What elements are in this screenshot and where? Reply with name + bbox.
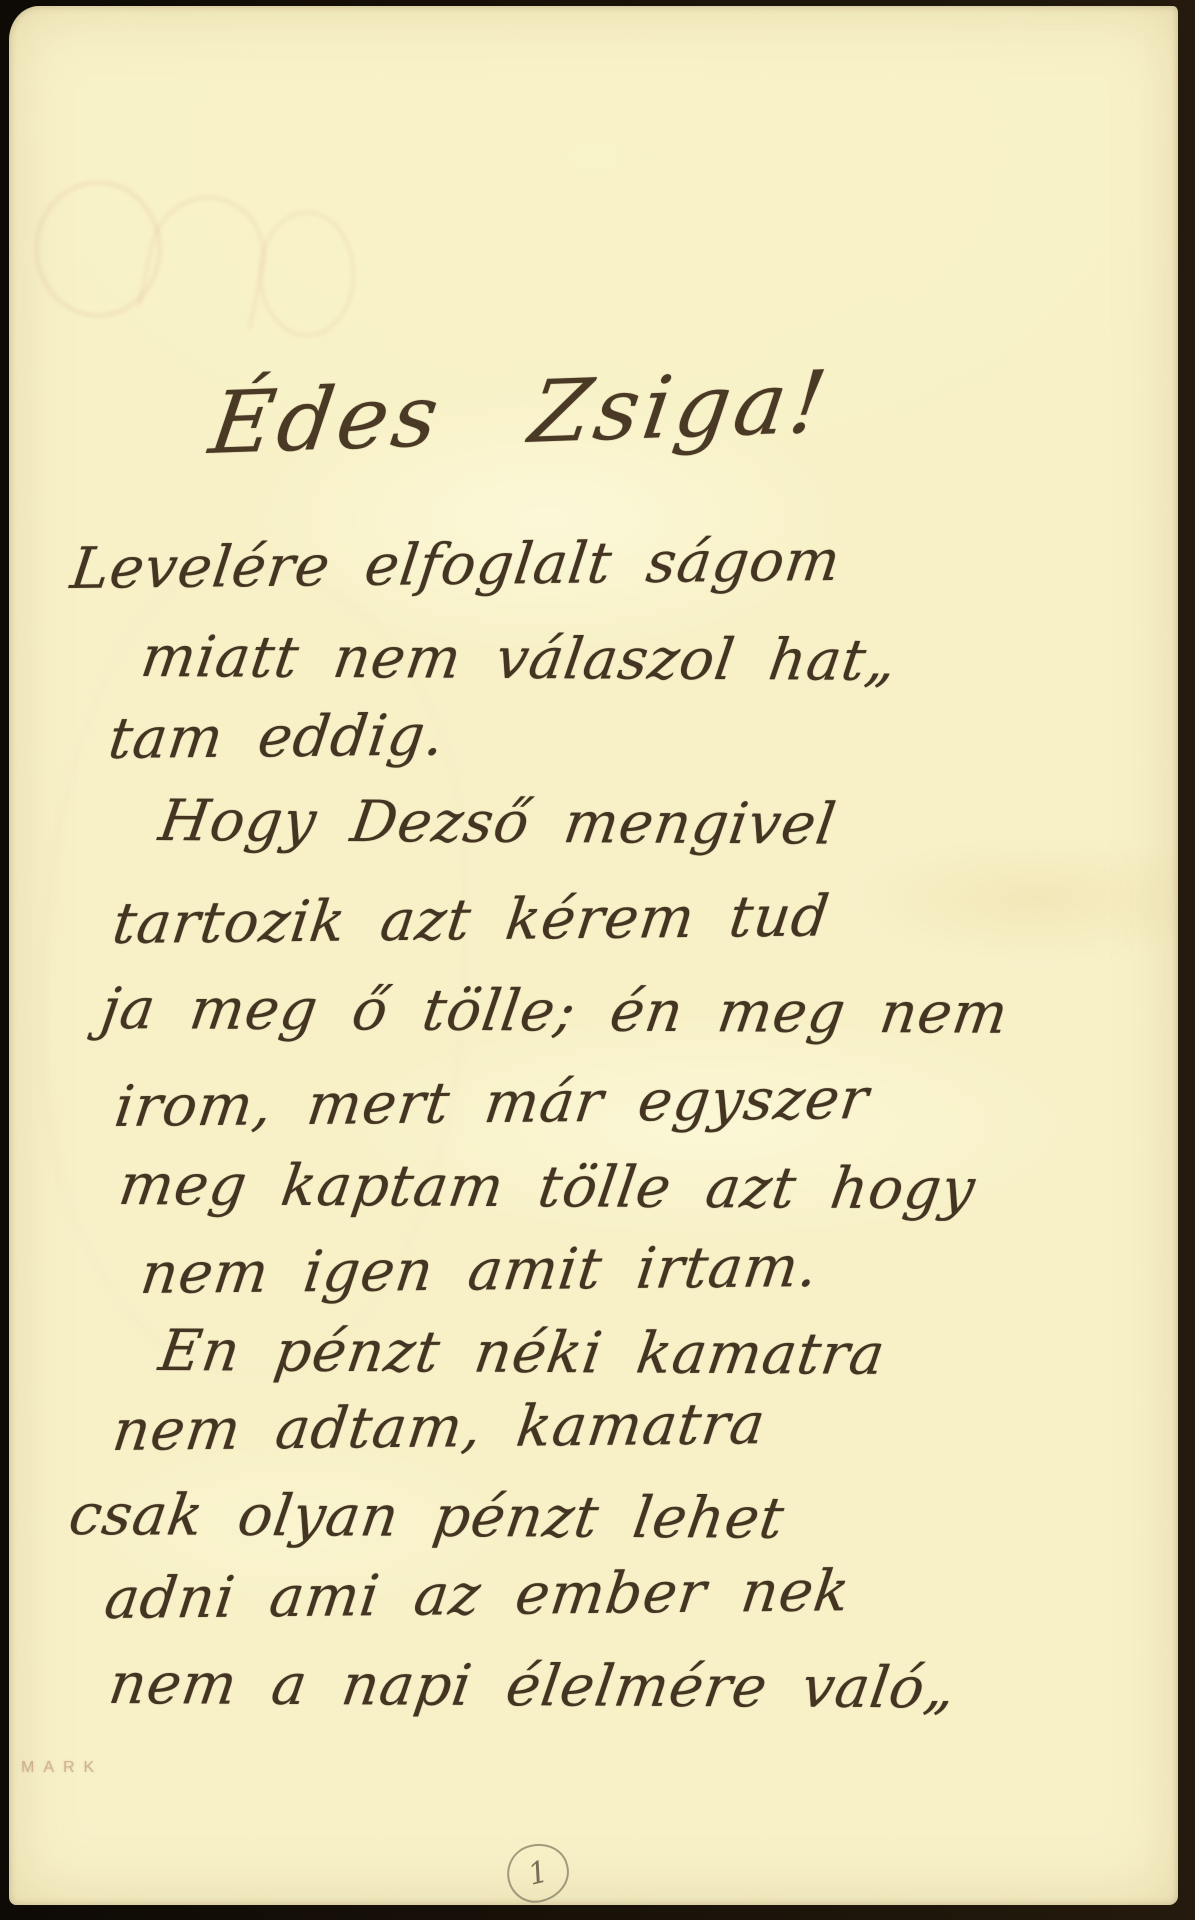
letter-line-8: meg kaptam tölle azt hogy [115,1152,980,1222]
letter-line-7: irom, mert már egyszer [111,1066,873,1140]
letter-line-13: adni ami az ember nek [101,1558,854,1632]
letter-line-11: nem adtam, kamatra [109,1391,769,1464]
salutation: Édes Zsiga! [204,353,836,474]
embossed-stamp [29,171,369,351]
page-number-value: 1 [525,1854,552,1893]
letter-line-14: nem a napi élelmére való„ [105,1651,960,1721]
letter-line-2: miatt nem válaszol hat„ [137,624,901,694]
letter-line-4: Hogy Dezső mengivel [155,788,840,858]
letter-line-5: tartozik azt kérem tud [109,884,833,957]
letter-line-9: nem igen amit irtam. [137,1234,822,1307]
letter-line-1: Levelére elfoglalt ságom [67,528,845,602]
letter-paper: Édes Zsiga! Levelére elfoglalt ságom mia… [9,6,1178,1905]
page-number: 1 [501,1837,575,1908]
letter-line-10: En pénzt néki kamatra [155,1318,890,1388]
letter-line-6: ja meg ő tölle; én meg nem [97,976,1013,1047]
letter-line-3: tam eddig. [105,702,449,772]
letter-line-12: csak olyan pénzt lehet [65,1482,789,1552]
blind-stamp-text: MARK [21,1759,103,1777]
